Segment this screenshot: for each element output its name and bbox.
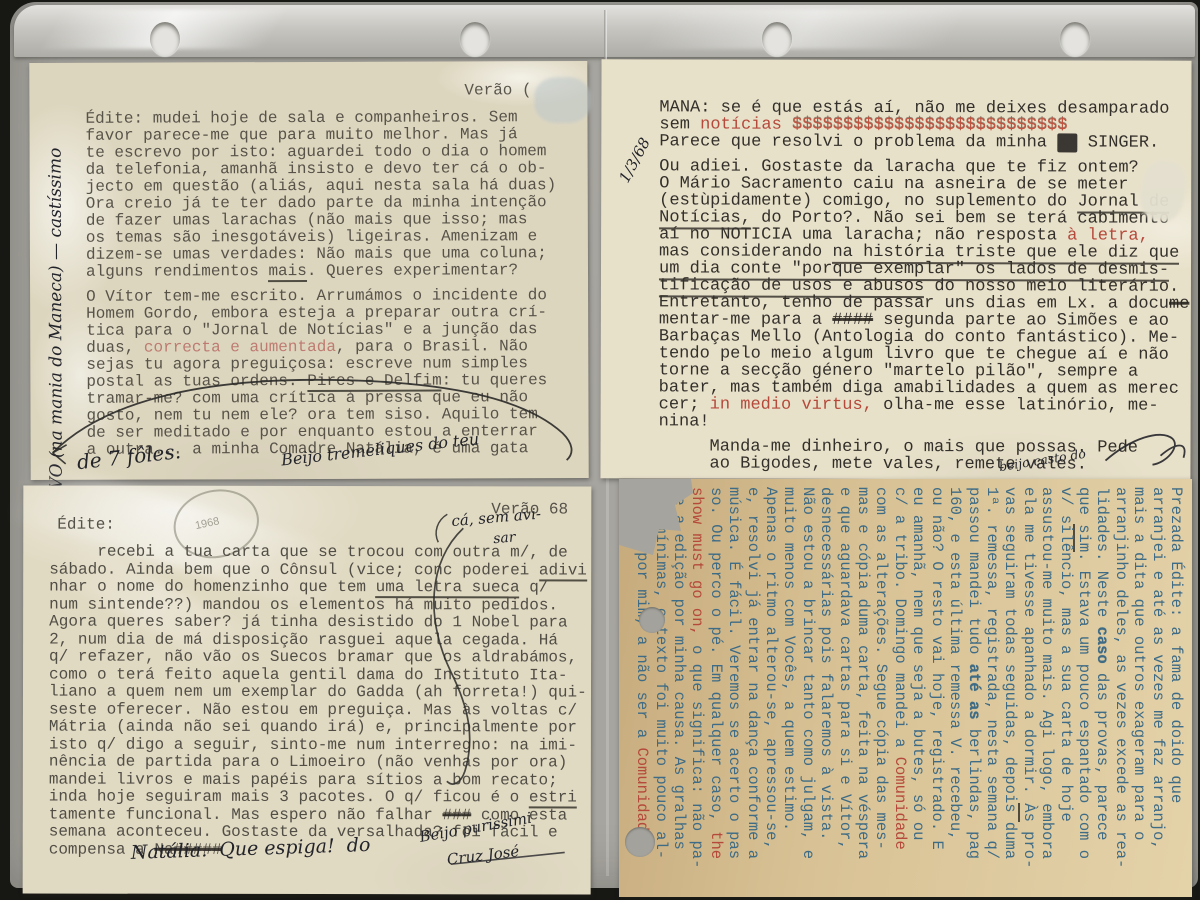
letter-bottom-left: 1968 Verão 68 Édite: cá, sem avi- sar re… — [23, 486, 592, 895]
typed-body-rotated: Prezada Édite: a fama de doido quearranj… — [633, 487, 1185, 879]
typed-body: MANA: se é que estás aí, não me deixes d… — [658, 99, 1189, 473]
letter-bottom-right-rotated: Prezada Édite: a fama de doido quearranj… — [619, 479, 1192, 897]
binder-hole — [150, 22, 180, 56]
binder-hole — [460, 22, 490, 56]
punch-hole — [625, 827, 655, 857]
letter-top-right: 1/3/68 MANA: se é que estás aí, não me d… — [600, 59, 1191, 480]
binder-hole — [762, 22, 792, 56]
postmark-year: 1968 — [194, 515, 220, 532]
plastic-shine — [645, 9, 964, 49]
sleeve-binder-strip — [14, 5, 1195, 57]
handwritten-note: cá, sem avi- — [451, 505, 542, 531]
letter-heading-date: Verão ( — [464, 81, 531, 99]
sleeve-seam — [604, 10, 607, 62]
binder-hole — [1060, 22, 1090, 56]
punch-hole — [639, 607, 665, 633]
salutation: Édite: — [57, 516, 115, 534]
handwritten-date: 1/3/68 — [615, 135, 654, 186]
typed-body: Édite: mudei hoje de sala e companheiros… — [85, 109, 557, 459]
letter-top-left: Verão ( Édite: mudei hoje de sala e comp… — [29, 61, 588, 480]
